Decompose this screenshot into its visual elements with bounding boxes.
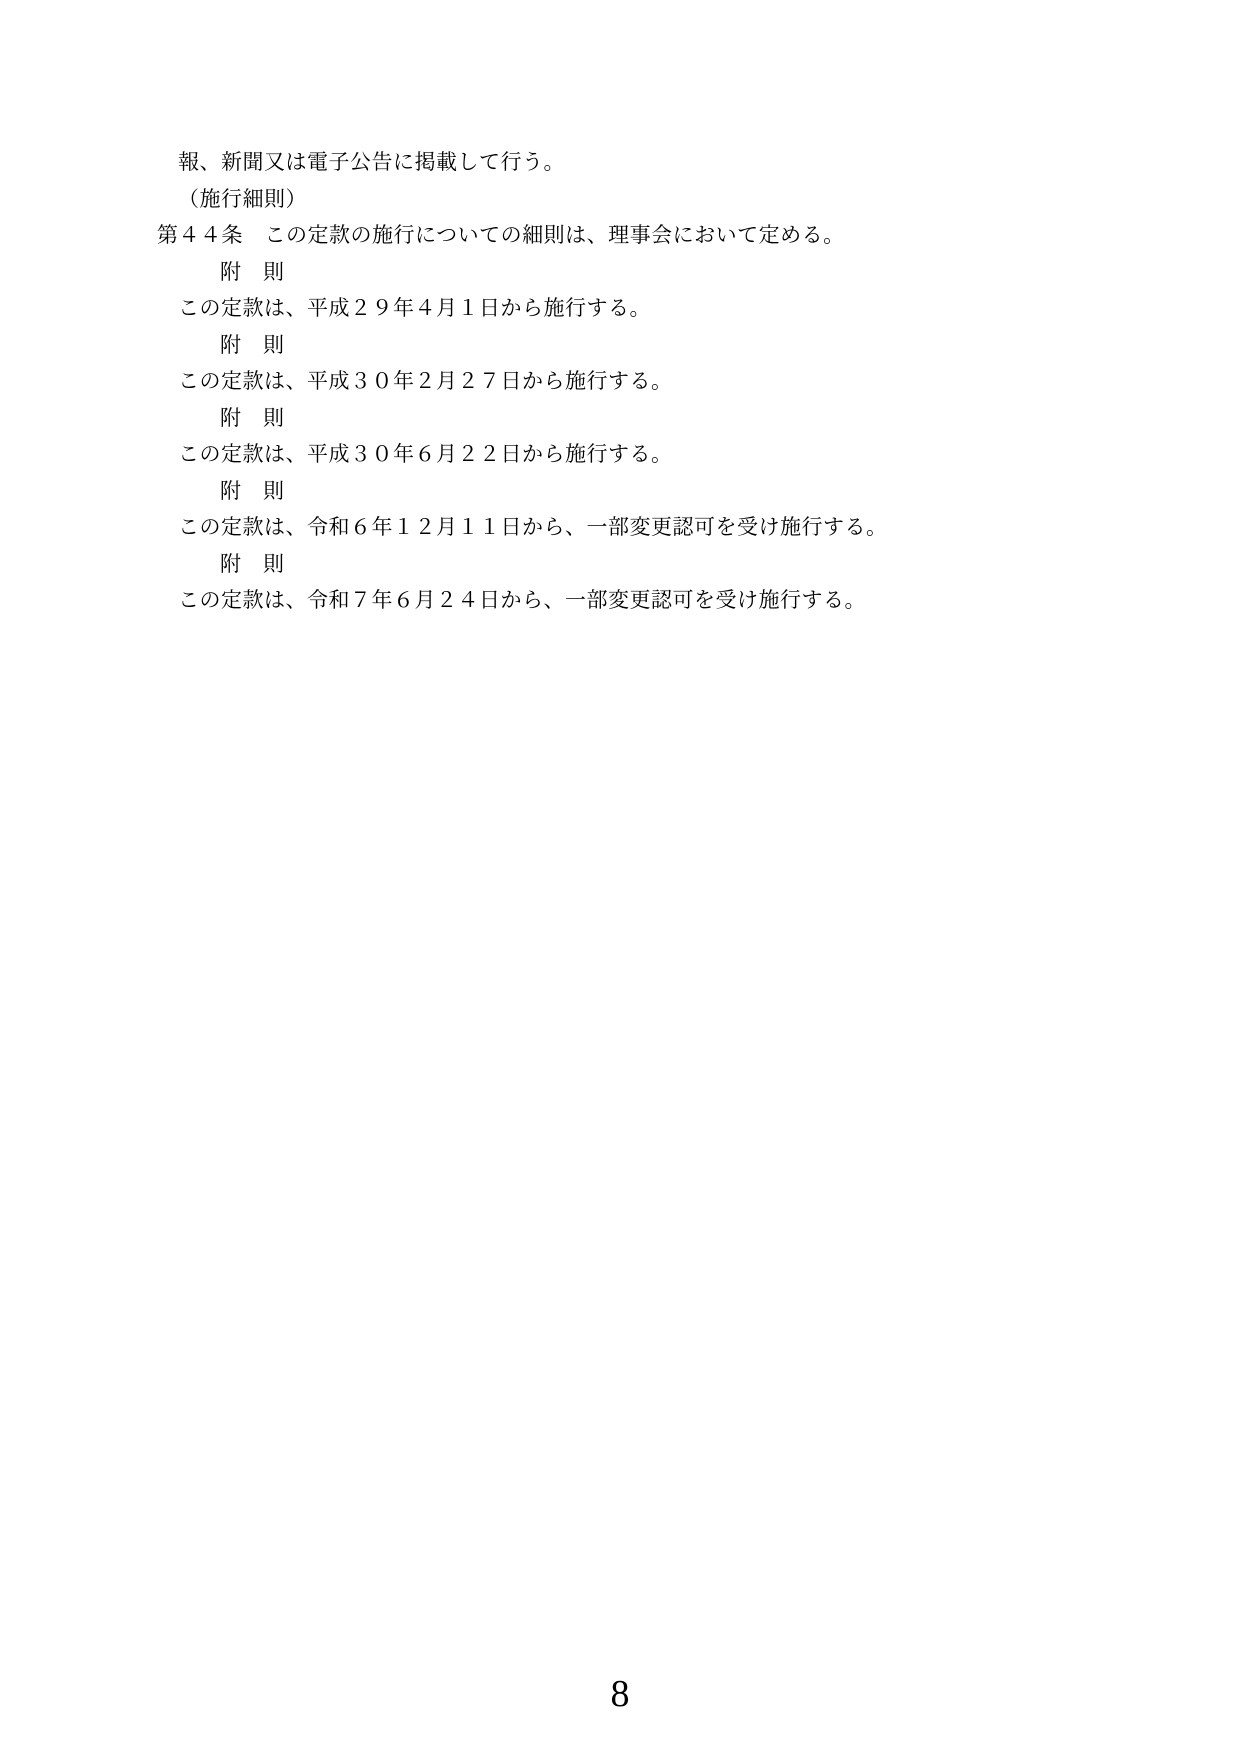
supplement-provision-4: この定款は、令和６年１２月１１日から、一部変更認可を受け施行する。 <box>157 510 1150 547</box>
document-text-block: 報、新聞又は電子公告に掲載して行う。 （施行細則） 第４４条 この定款の施行につ… <box>157 145 1150 620</box>
heading-enforcement-rules: （施行細則） <box>157 182 1150 219</box>
supplement-provision-1: この定款は、平成２９年４月１日から施行する。 <box>157 291 1150 328</box>
supplement-provision-5: この定款は、令和７年６月２４日から、一部変更認可を受け施行する。 <box>157 583 1150 620</box>
supplement-title-2: 附 則 <box>157 328 1150 365</box>
supplement-provision-3: この定款は、平成３０年６月２２日から施行する。 <box>157 437 1150 474</box>
continuation-line: 報、新聞又は電子公告に掲載して行う。 <box>157 145 1150 182</box>
document-page: 報、新聞又は電子公告に掲載して行う。 （施行細則） 第４４条 この定款の施行につ… <box>0 0 1240 1754</box>
supplement-title-3: 附 則 <box>157 401 1150 438</box>
page-number: 8 <box>0 1674 1240 1714</box>
supplement-title-5: 附 則 <box>157 547 1150 584</box>
article-44: 第４４条 この定款の施行についての細則は、理事会において定める。 <box>157 218 1150 255</box>
supplement-provision-2: この定款は、平成３０年２月２７日から施行する。 <box>157 364 1150 401</box>
supplement-title-4: 附 則 <box>157 474 1150 511</box>
supplement-title-1: 附 則 <box>157 255 1150 292</box>
